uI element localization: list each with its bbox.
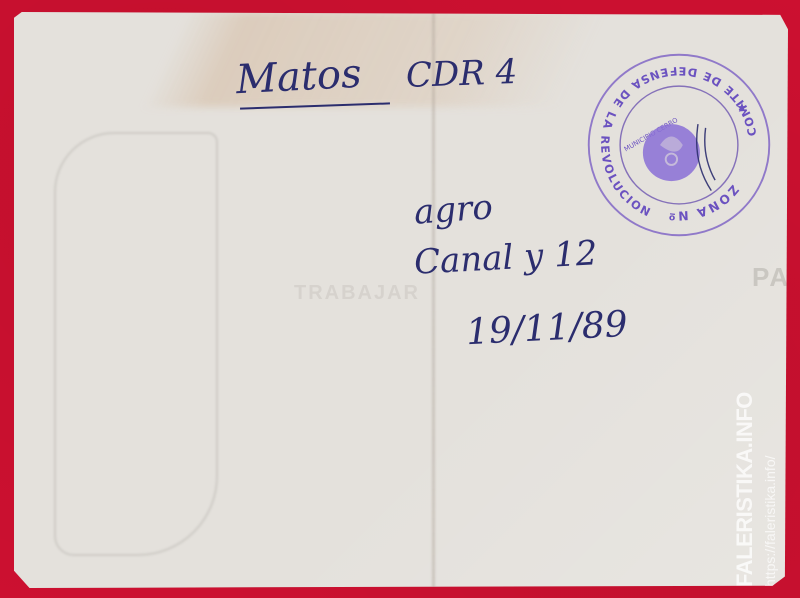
stamp-star-icon: ★ [736,101,748,116]
fold-crease [432,12,435,588]
show-through-outline [54,132,218,556]
stamp-zone-text: ZONA Nº [666,182,741,222]
cdr-stamp: COMITE DE DEFENSA DE LA REVOLUCION ZONA … [584,50,774,240]
watermark-title: FALERISTIKA.INFO [732,392,758,587]
svg-text:ZONA Nº: ZONA Nº [666,182,741,222]
document-paper: PARA TRABAJAR Matos CDR 4 agro Canal y 1… [14,12,788,588]
paper-stain [142,12,606,107]
handwritten-name: Matos [235,51,363,104]
handwritten-code: CDR 4 [405,52,518,96]
handwritten-line-1: agro [413,187,494,232]
faint-print-para: PARA [752,262,788,293]
watermark-url: https://faleristika.info/ [762,455,778,587]
stamp-icon: COMITE DE DEFENSA DE LA REVOLUCION ZONA … [584,50,774,240]
handwritten-date: 19/11/89 [465,304,629,353]
handwritten-line-2: Canal y 12 [413,233,598,283]
faint-print-trabajar: TRABAJAR [294,282,420,305]
watermark: FALERISTIKA.INFO https://faleristika.inf… [730,402,788,588]
